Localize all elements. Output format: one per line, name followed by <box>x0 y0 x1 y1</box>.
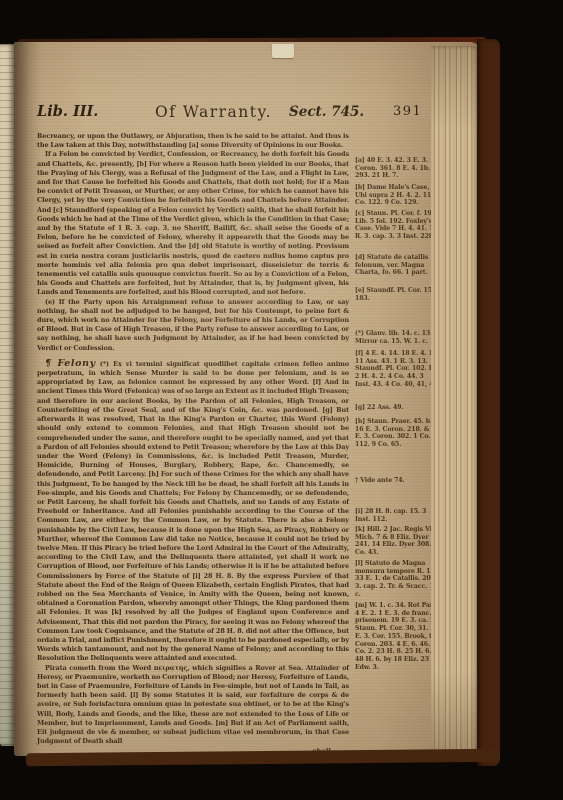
margin-note-f: [f] 4 E. 4. 14. 18 E. 4. 10. 11 Ass. 43.… <box>355 350 441 389</box>
paragraph-recreancy: Recreancy, or upon the Outlawry, or Abju… <box>37 132 349 150</box>
running-header: Lib. III. Of Warranty. Sect. 745. 391 <box>37 103 441 127</box>
margin-note-l: [l] Statuto de Magna mensura tempore R. … <box>355 560 441 599</box>
page-number: 391 <box>393 104 422 119</box>
margin-note-m: [m] W. 1. c. 34. Rot Parl. 4 E. 2. 1 E. … <box>355 602 441 671</box>
margin-note-b: [b] Dame Hale's Case, Ubi supra 2 H. 4. … <box>355 184 441 207</box>
margin-note-d: [d] Statute de catallis felonum, ver. Ma… <box>355 254 441 277</box>
paragraph-pirata: Pirata cometh from the Word πειρατης, wh… <box>37 664 349 747</box>
felony-heading: ¶ Felony <box>45 358 96 369</box>
paper-repair-tab <box>272 44 294 58</box>
margin-note-c: [c] Staun. Pl. Cor. f. 192. Lib. 5 fol. … <box>355 210 441 241</box>
photo-background: Lib. III. Of Warranty. Sect. 745. 391 Re… <box>0 0 563 800</box>
text-columns: Recreancy, or upon the Outlawry, or Abju… <box>37 132 441 755</box>
paragraph-felon-convicted: If a Felon be convicted by Verdict, Conf… <box>37 150 349 297</box>
margin-note-k: [k] Hill. 2 Jac. Regis Vide Mich. 7 & 8 … <box>355 526 441 557</box>
section-label: Sect. 745. <box>289 104 364 120</box>
margin-note-i: [i] 28 H. 8. cap. 15. 3 Inst. 112. <box>355 508 441 523</box>
previous-page-edge <box>0 44 15 746</box>
margin-note-e: [e] Staundf. Pl. Cor. 150, 183. <box>355 287 441 302</box>
margin-note-a: [a] 40 E. 3. 42. 3 E. 3. Coron. 361. 8 E… <box>355 157 441 180</box>
fore-edge-pages <box>431 46 479 754</box>
leather-binding <box>477 39 500 766</box>
book-page: Lib. III. Of Warranty. Sect. 745. 391 Re… <box>14 42 480 756</box>
paragraph-felony: ¶ Felony (*) Ex vi termini significat qu… <box>37 359 349 664</box>
margin-notes-column: [a] 40 E. 3. 42. 3 E. 3. Coron. 361. 8 E… <box>355 132 441 755</box>
printed-area: Lib. III. Of Warranty. Sect. 745. 391 Re… <box>37 103 441 755</box>
margin-note-g: [g] 22 Ass. 49. <box>355 404 441 412</box>
paragraph-refuse-to-answer: (e) If the Party upon his Arraignment re… <box>37 298 349 353</box>
margin-note-h: [h] Staun. Praer. 45. b. 16 E. 3. Coron.… <box>355 418 441 449</box>
margin-note-vide: † Vide ante 74. <box>355 477 441 485</box>
main-text-column: Recreancy, or upon the Outlawry, or Abju… <box>37 132 349 755</box>
margin-note-star: (*) Glanv. lib. 14. c. 13. Mirror ca. 15… <box>355 330 441 345</box>
book-label: Lib. III. <box>37 103 98 120</box>
felony-body: (*) Ex vi termini significat quodlibet c… <box>37 360 349 663</box>
page-title: Of Warranty. <box>155 103 272 121</box>
